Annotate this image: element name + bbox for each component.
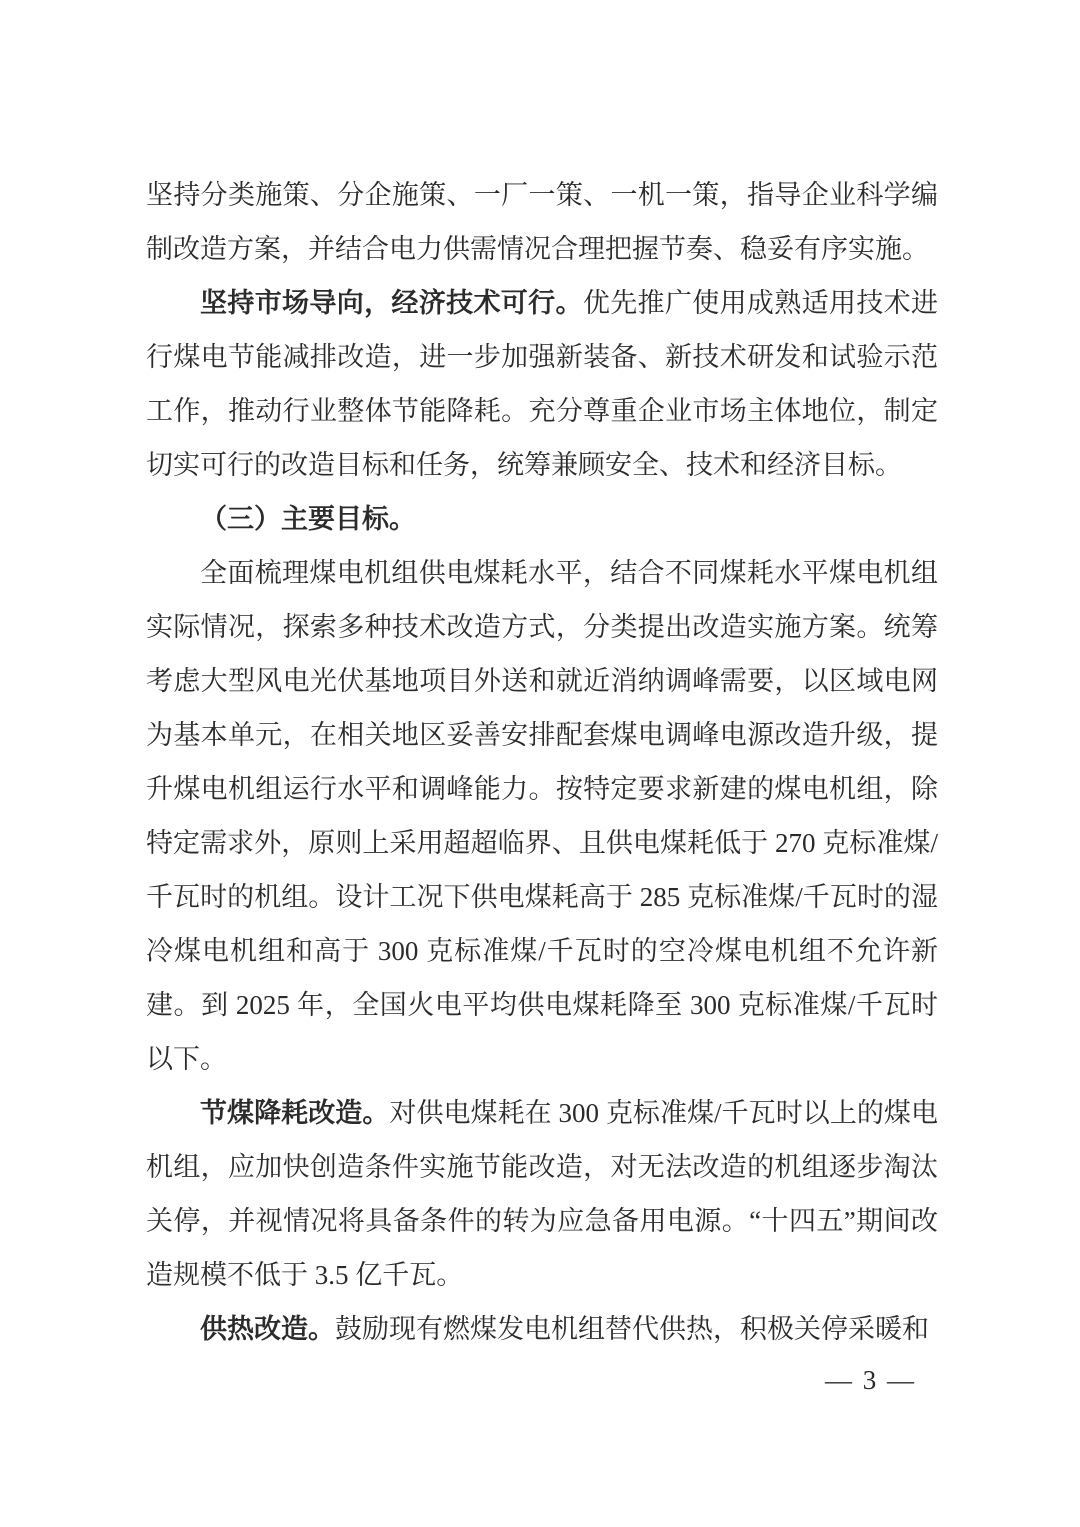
emphasis-text-run: 坚持市场导向，经济技术可行。 bbox=[200, 288, 583, 318]
document-body: 坚持分类施策、分企施策、一厂一策、一机一策，指导企业科学编制改造方案，并结合电力… bbox=[146, 168, 938, 1356]
emphasis-text-run: （三）主要目标。 bbox=[200, 504, 416, 534]
emphasis-text-run: 供热改造。 bbox=[200, 1314, 335, 1344]
paragraph: 坚持分类施策、分企施策、一厂一策、一机一策，指导企业科学编制改造方案，并结合电力… bbox=[146, 168, 938, 276]
text-run: 全面梳理煤电机组供电煤耗水平，结合不同煤耗水平煤电机组实际情况，探索多种技术改造… bbox=[146, 558, 938, 1074]
paragraph: 供热改造。鼓励现有燃煤发电机组替代供热，积极关停采暖和 bbox=[146, 1302, 938, 1356]
page-footer: — 3 — bbox=[146, 1360, 938, 1400]
text-run: 坚持分类施策、分企施策、一厂一策、一机一策，指导企业科学编制改造方案，并结合电力… bbox=[146, 180, 938, 264]
document-page: 坚持分类施策、分企施策、一厂一策、一机一策，指导企业科学编制改造方案，并结合电力… bbox=[0, 0, 1080, 1527]
emphasis-text-run: 节煤降耗改造。 bbox=[200, 1098, 389, 1128]
paragraph: 节煤降耗改造。对供电煤耗在 300 克标准煤/千瓦时以上的煤电机组，应加快创造条… bbox=[146, 1086, 938, 1302]
text-run: 鼓励现有燃煤发电机组替代供热，积极关停采暖和 bbox=[335, 1314, 929, 1344]
paragraph: 全面梳理煤电机组供电煤耗水平，结合不同煤耗水平煤电机组实际情况，探索多种技术改造… bbox=[146, 546, 938, 1086]
page-number: — 3 — bbox=[825, 1365, 916, 1395]
paragraph: 坚持市场导向，经济技术可行。优先推广使用成熟适用技术进行煤电节能减排改造，进一步… bbox=[146, 276, 938, 492]
paragraph: （三）主要目标。 bbox=[146, 492, 938, 546]
